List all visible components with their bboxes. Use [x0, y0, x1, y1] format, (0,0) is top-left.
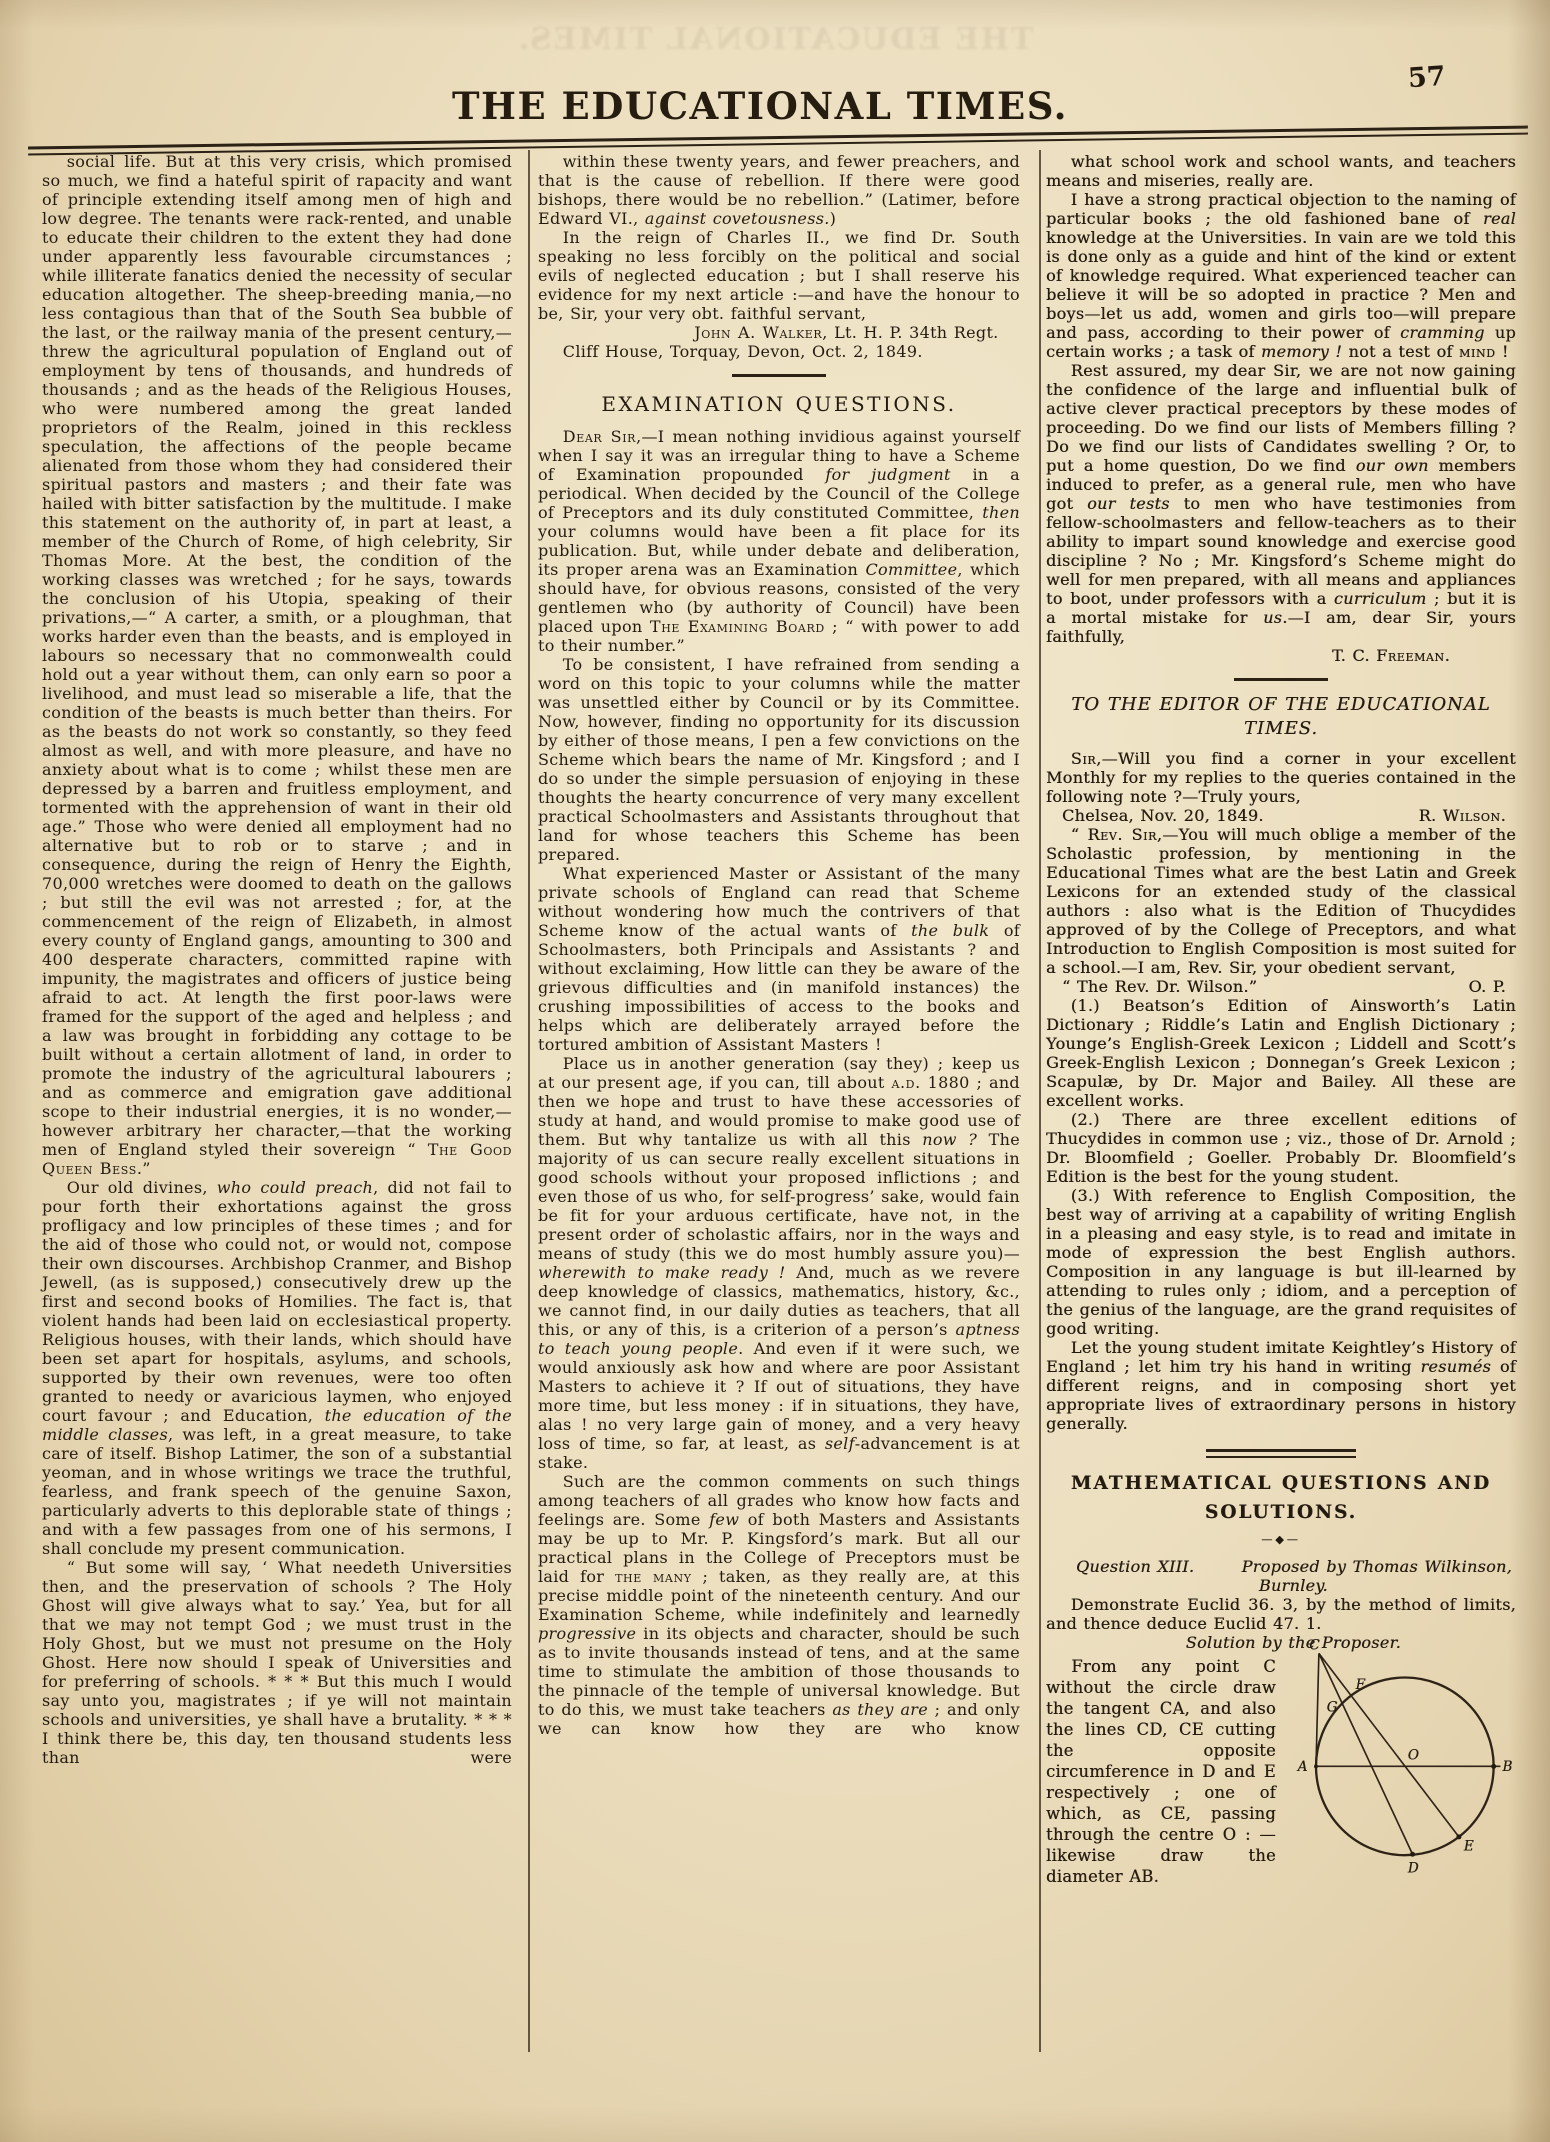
secant-CE [1319, 1653, 1459, 1836]
section-heading: TO THE EDITOR OF THE EDUCATIONAL TIMES. [1046, 693, 1516, 742]
newspaper-page: THE EDUCATIONAL TIMES. 57 THE EDUCATIONA… [0, 0, 1550, 2142]
paragraph: Dear Sir,—I mean nothing invidious again… [538, 427, 1020, 655]
paragraph: What experienced Master or Assistant of … [538, 864, 1020, 1054]
label-D: D [1407, 1860, 1419, 1876]
paragraph: (2.) There are three excellent editions … [1046, 1110, 1516, 1186]
paragraph: Place us in another generation (say they… [538, 1054, 1020, 1472]
text-columns: social life. But at this very crisis, wh… [42, 152, 1520, 1889]
label-A: A [1296, 1759, 1308, 1775]
line-right: R. Wilson. [1419, 806, 1506, 825]
paragraph: what school work and school wants, and t… [1046, 152, 1516, 190]
point-A [1314, 1764, 1318, 1768]
label-O: O [1408, 1747, 1419, 1763]
paragraph: “ But some will say, ‘ What needeth Univ… [42, 1558, 512, 1767]
paragraph: Our old divines, who could preach, did n… [42, 1178, 512, 1558]
label-F: F [1355, 1677, 1366, 1693]
line-left: Question XIII. [1076, 1557, 1194, 1576]
paragraph: Such are the common comments on such thi… [538, 1472, 1020, 1738]
label-C: C [1309, 1637, 1320, 1653]
column-3-blocks: what school work and school wants, and t… [1046, 152, 1516, 1652]
double-rule [1206, 1449, 1356, 1458]
paragraph: Cliff House, Torquay, Devon, Oct. 2, 184… [538, 342, 1020, 361]
section-rule [732, 374, 826, 377]
centered-line: Burnley. [1046, 1576, 1516, 1595]
geometry-figure: C F G A O B E D [1284, 1636, 1516, 1889]
line-right: O. P. [1469, 977, 1506, 996]
signature-line: T. C. Freeman. [1046, 646, 1516, 665]
paragraph: (1.) Beatson’s Edition of Ainsworth’s La… [1046, 996, 1516, 1110]
paragraph: Rest assured, my dear Sir, we are not no… [1046, 361, 1516, 646]
paragraph: Sir,—Will you find a corner in your exce… [1046, 749, 1516, 806]
signature-line: John A. Walker, Lt. H. P. 34th Regt. [538, 323, 1020, 342]
split-line: “ The Rev. Dr. Wilson.”O. P. [1046, 977, 1516, 996]
column-1: social life. But at this very crisis, wh… [42, 152, 512, 1889]
paragraph: within these twenty years, and fewer pre… [538, 152, 1020, 228]
section-heading: EXAMINATION QUESTIONS. [538, 391, 1020, 417]
split-line: Question XIII.Proposed by Thomas Wilkins… [1046, 1557, 1516, 1576]
line-left: “ The Rev. Dr. Wilson.” [1062, 977, 1257, 996]
solution-paragraph: From any point C without the circle draw… [1046, 1656, 1276, 1887]
bleedthrough-title: THE EDUCATIONAL TIMES. [0, 22, 1550, 57]
label-E: E [1463, 1838, 1474, 1854]
paragraph: “ Rev. Sir,—You will much oblige a membe… [1046, 825, 1516, 977]
point-D [1410, 1851, 1415, 1856]
paragraph: I have a strong practical objection to t… [1046, 190, 1516, 361]
section-heading: MATHEMATICAL QUESTIONS AND SOLUTIONS. [1052, 1470, 1510, 1527]
solution-section: From any point C without the circle draw… [1046, 1656, 1516, 1889]
column-3: what school work and school wants, and t… [1046, 152, 1516, 1889]
secant-CD [1319, 1653, 1413, 1854]
paragraph: Demonstrate Euclid 36. 3, by the method … [1046, 1595, 1516, 1633]
paragraph: In the reign of Charles II., we find Dr.… [538, 228, 1020, 323]
paragraph: To be consistent, I have refrained from … [538, 655, 1020, 864]
point-E [1456, 1834, 1461, 1839]
split-line: Chelsea, Nov. 20, 1849.R. Wilson. [1046, 806, 1516, 825]
column-2: within these twenty years, and fewer pre… [538, 152, 1020, 1889]
section-rule [1234, 678, 1328, 681]
label-G: G [1327, 1699, 1338, 1715]
line-left: Chelsea, Nov. 20, 1849. [1062, 806, 1264, 825]
ornament: —◆— [1046, 1530, 1516, 1549]
point-B [1491, 1763, 1496, 1768]
paragraph: (3.) With reference to English Compositi… [1046, 1186, 1516, 1338]
paragraph: social life. But at this very crisis, wh… [42, 152, 512, 1178]
page-title: THE EDUCATIONAL TIMES. [0, 84, 1520, 128]
paragraph: Let the young student imitate Keightley’… [1046, 1338, 1516, 1433]
header-rule [28, 126, 1528, 156]
label-B: B [1501, 1759, 1512, 1775]
line-right: Proposed by Thomas Wilkinson, [1242, 1557, 1512, 1576]
